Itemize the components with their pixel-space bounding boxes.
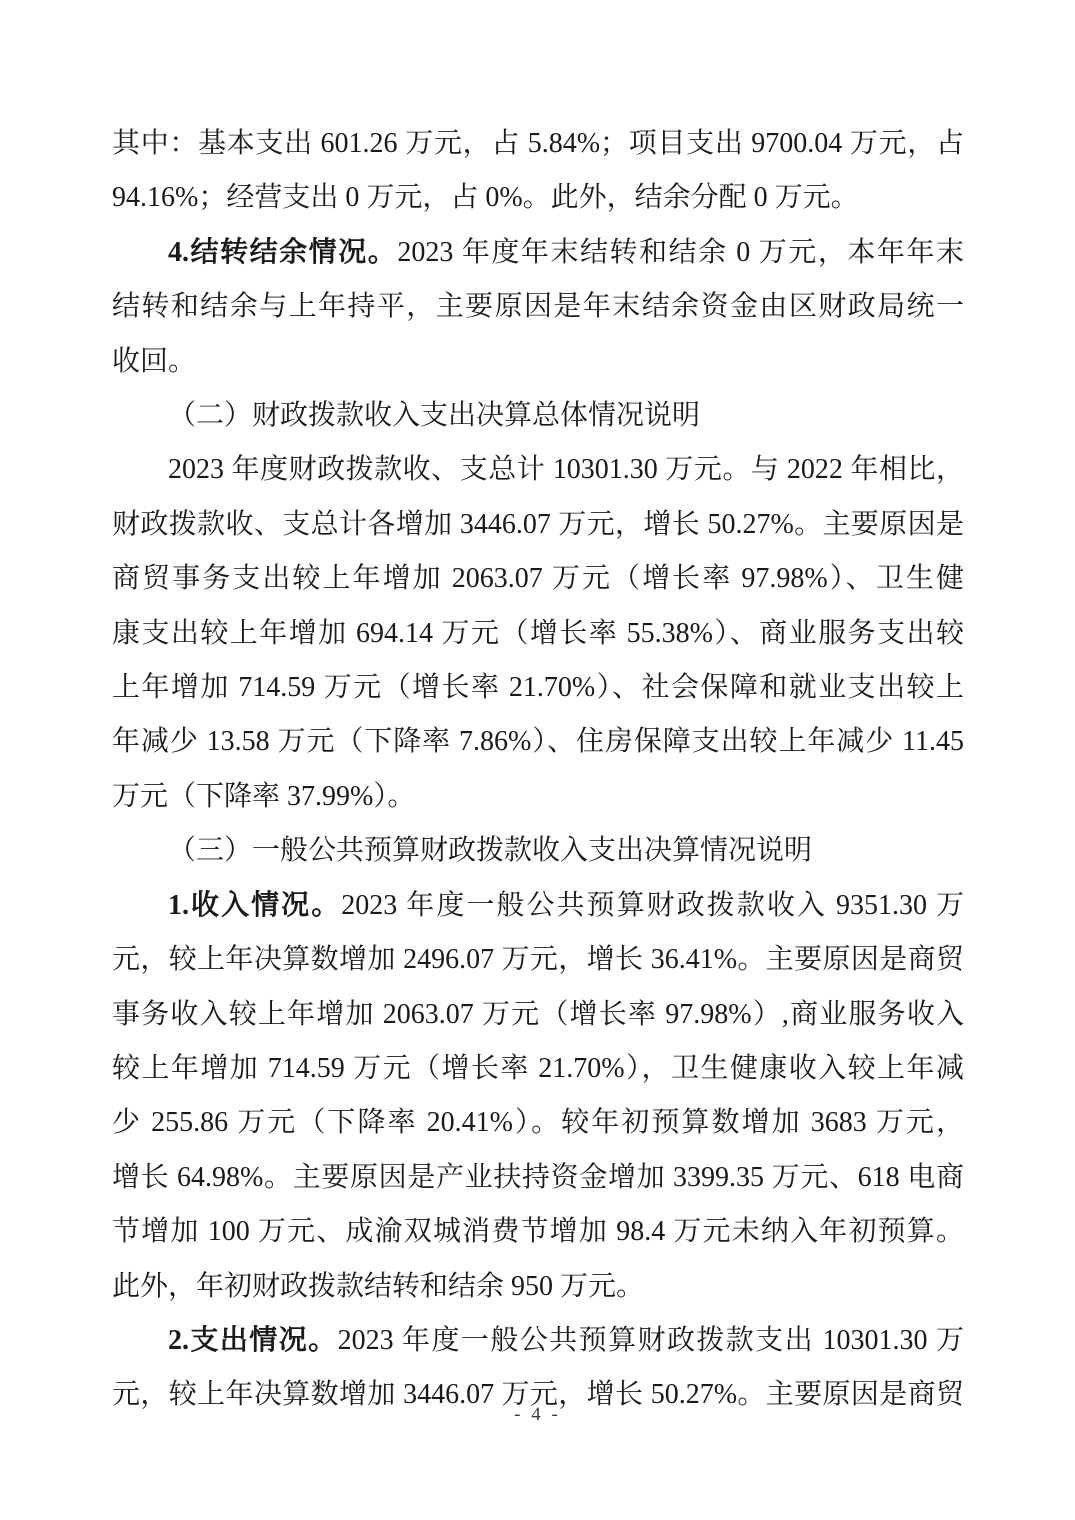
text-line: 上年增加 714.59 万元（增长率 21.70%）、社会保障和就业支出较上 — [112, 661, 964, 715]
text-run: 万元（下降率 37.99%）。 — [112, 781, 415, 812]
text-line: 1.收入情况。2023 年度一般公共预算财政拨款收入 9351.30 万 — [112, 879, 964, 933]
text-run: 上年增加 714.59 万元（增长率 21.70%）、社会保障和就业支出较上 — [112, 672, 964, 703]
text-run: （二）财政拨款收入支出决算总体情况说明 — [168, 400, 700, 431]
text-run: 2023 年度一般公共预算财政拨款支出 10301.30 万 — [338, 1325, 964, 1356]
text-run: 结转和结余与上年持平，主要原因是年末结余资金由区财政局统一 — [112, 291, 964, 322]
text-run: 2023 年度财政拨款收、支总计 10301.30 万元。与 2022 年相比， — [168, 454, 964, 485]
text-run: 商贸事务支出较上年增加 2063.07 万元（增长率 97.98%）、卫生健 — [112, 563, 964, 594]
text-run: 94.16%；经营支出 0 万元，占 0%。此外，结余分配 0 万元。 — [112, 182, 859, 213]
text-run: 此外，年初财政拨款结转和结余 950 万元。 — [112, 1271, 644, 1302]
bold-label: 2.支出情况。 — [168, 1325, 338, 1356]
text-run: 其中：基本支出 601.26 万元，占 5.84%；项目支出 9700.04 万… — [112, 128, 964, 159]
section-heading: （二）财政拨款收入支出决算总体情况说明 — [112, 389, 964, 443]
text-run: 事务收入较上年增加 2063.07 万元（增长率 97.98%）,商业服务收入 — [112, 999, 964, 1030]
text-line: 94.16%；经营支出 0 万元，占 0%。此外，结余分配 0 万元。 — [112, 171, 964, 225]
text-line: 2.支出情况。2023 年度一般公共预算财政拨款支出 10301.30 万 — [112, 1314, 964, 1368]
text-run: 财政拨款收、支总计各增加 3446.07 万元，增长 50.27%。主要原因是 — [112, 509, 964, 540]
text-line: 节增加 100 万元、成渝双城消费节增加 98.4 万元未纳入年初预算。 — [112, 1205, 964, 1259]
paragraph: 1.收入情况。2023 年度一般公共预算财政拨款收入 9351.30 万元，较上… — [112, 879, 964, 1314]
document-page: 其中：基本支出 601.26 万元，占 5.84%；项目支出 9700.04 万… — [0, 0, 1075, 1520]
section-heading: （三）一般公共预算财政拨款收入支出决算情况说明 — [112, 824, 964, 878]
text-run: 较上年增加 714.59 万元（增长率 21.70%），卫生健康收入较上年减 — [112, 1053, 964, 1084]
bold-label: 4.结转结余情况。 — [168, 237, 397, 268]
text-run: 元，较上年决算数增加 2496.07 万元，增长 36.41%。主要原因是商贸 — [112, 944, 964, 975]
text-run: 年减少 13.58 万元（下降率 7.86%）、住房保障支出较上年减少 11.4… — [112, 726, 964, 757]
text-line: 商贸事务支出较上年增加 2063.07 万元（增长率 97.98%）、卫生健 — [112, 552, 964, 606]
text-run: 收回。 — [112, 346, 196, 377]
text-line: 收回。 — [112, 335, 964, 389]
text-run: 增长 64.98%。主要原因是产业扶持资金增加 3399.35 万元、618 电… — [112, 1162, 964, 1193]
text-run: 2023 年度一般公共预算财政拨款收入 9351.30 万 — [341, 890, 964, 921]
document-body: 其中：基本支出 601.26 万元，占 5.84%；项目支出 9700.04 万… — [112, 117, 964, 1423]
text-line: 增长 64.98%。主要原因是产业扶持资金增加 3399.35 万元、618 电… — [112, 1151, 964, 1205]
text-line: 4.结转结余情况。2023 年度年末结转和结余 0 万元，本年年末 — [112, 226, 964, 280]
text-line: 康支出较上年增加 694.14 万元（增长率 55.38%）、商业服务支出较 — [112, 607, 964, 661]
text-line: 较上年增加 714.59 万元（增长率 21.70%），卫生健康收入较上年减 — [112, 1042, 964, 1096]
text-line: 少 255.86 万元（下降率 20.41%）。较年初预算数增加 3683 万元… — [112, 1096, 964, 1150]
text-run: 少 255.86 万元（下降率 20.41%）。较年初预算数增加 3683 万元… — [112, 1107, 964, 1138]
text-line: 其中：基本支出 601.26 万元，占 5.84%；项目支出 9700.04 万… — [112, 117, 964, 171]
text-line: 年减少 13.58 万元（下降率 7.86%）、住房保障支出较上年减少 11.4… — [112, 715, 964, 769]
text-line: （二）财政拨款收入支出决算总体情况说明 — [112, 389, 964, 443]
paragraph: 4.结转结余情况。2023 年度年末结转和结余 0 万元，本年年末结转和结余与上… — [112, 226, 964, 389]
page-number: - 4 - — [0, 1404, 1075, 1426]
text-line: 此外，年初财政拨款结转和结余 950 万元。 — [112, 1260, 964, 1314]
paragraph: 2023 年度财政拨款收、支总计 10301.30 万元。与 2022 年相比，… — [112, 443, 964, 824]
text-run: 节增加 100 万元、成渝双城消费节增加 98.4 万元未纳入年初预算。 — [112, 1216, 964, 1247]
text-line: 事务收入较上年增加 2063.07 万元（增长率 97.98%）,商业服务收入 — [112, 988, 964, 1042]
text-line: 2023 年度财政拨款收、支总计 10301.30 万元。与 2022 年相比， — [112, 443, 964, 497]
text-line: 万元（下降率 37.99%）。 — [112, 770, 964, 824]
text-run: 康支出较上年增加 694.14 万元（增长率 55.38%）、商业服务支出较 — [112, 618, 964, 649]
text-line: 财政拨款收、支总计各增加 3446.07 万元，增长 50.27%。主要原因是 — [112, 498, 964, 552]
text-run: 2023 年度年末结转和结余 0 万元，本年年末 — [397, 237, 964, 268]
paragraph: 其中：基本支出 601.26 万元，占 5.84%；项目支出 9700.04 万… — [112, 117, 964, 226]
bold-label: 1.收入情况。 — [168, 890, 341, 921]
text-run: （三）一般公共预算财政拨款收入支出决算情况说明 — [168, 835, 812, 866]
text-line: 元，较上年决算数增加 2496.07 万元，增长 36.41%。主要原因是商贸 — [112, 933, 964, 987]
text-line: （三）一般公共预算财政拨款收入支出决算情况说明 — [112, 824, 964, 878]
text-line: 结转和结余与上年持平，主要原因是年末结余资金由区财政局统一 — [112, 280, 964, 334]
